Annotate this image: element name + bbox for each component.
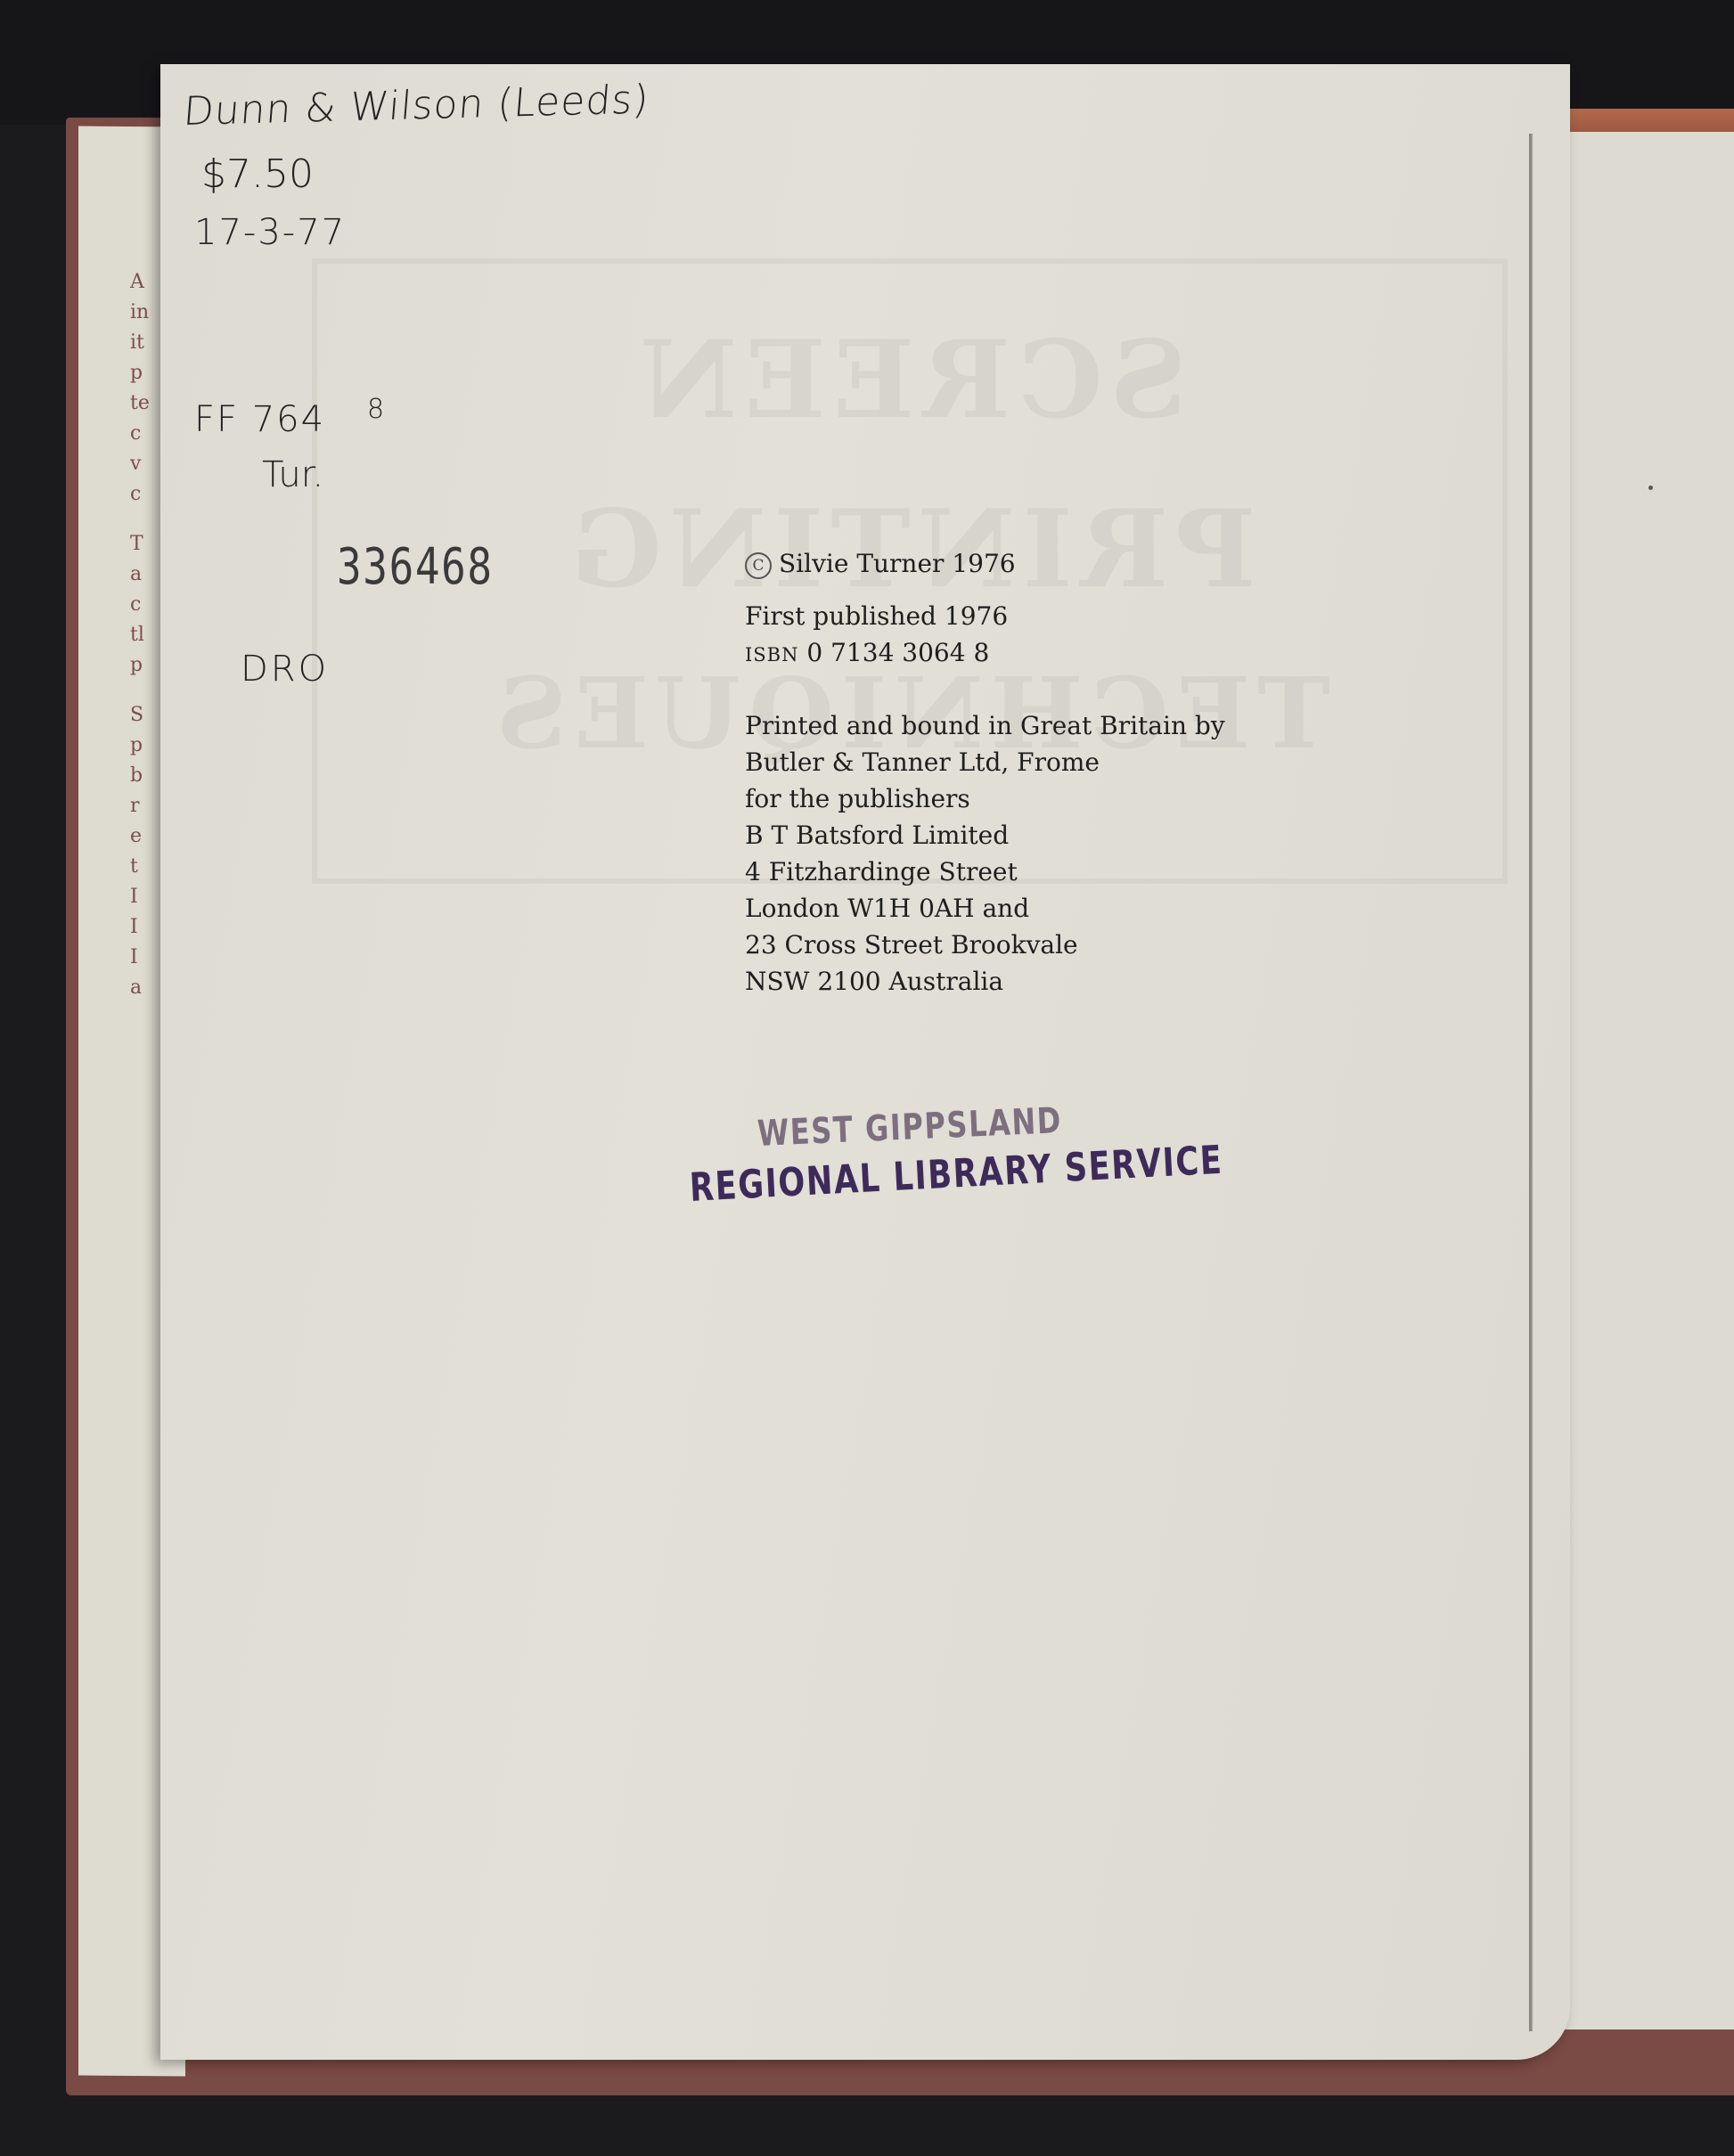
handwritten-classification-suffix: 8 xyxy=(367,394,384,425)
printer-line: 23 Cross Street Brookvale xyxy=(745,927,1225,963)
flap-fragment: it xyxy=(130,328,157,358)
flap-fragment: tl xyxy=(130,620,157,650)
printer-publisher-lines: Printed and bound in Great Britain byBut… xyxy=(745,707,1225,1000)
isbn-line: ISBN 0 7134 3064 8 xyxy=(745,634,1225,674)
flap-fragment: c xyxy=(130,590,157,620)
isbn-label: ISBN xyxy=(745,644,799,666)
flap-fragment: e xyxy=(130,821,157,852)
flap-fragment: T xyxy=(130,529,157,559)
printer-line: Butler & Tanner Ltd, Frome xyxy=(745,744,1225,780)
flap-fragment: I xyxy=(130,882,157,912)
flap-fragment: a xyxy=(130,559,157,590)
printer-line: 4 Fitzhardinge Street xyxy=(745,853,1225,890)
isbn-number: 0 7134 3064 8 xyxy=(806,638,989,667)
flap-fragment: b xyxy=(130,761,157,791)
printer-line: B T Batsford Limited xyxy=(745,817,1225,853)
flap-blurb-fragments: AinitptecvcTactlpSpbretIIIa xyxy=(130,267,157,1003)
flap-fragment: r xyxy=(130,791,157,821)
spacer xyxy=(745,674,1225,707)
imprint-block: CSilvie Turner 1976 First published 1976… xyxy=(745,545,1225,1000)
handwritten-author-code: Tur. xyxy=(262,454,323,495)
flap-fragment: t xyxy=(130,852,157,882)
copyright-text: Silvie Turner 1976 xyxy=(779,549,1016,578)
printer-line: NSW 2100 Australia xyxy=(745,963,1225,1000)
printer-line: for the publishers xyxy=(745,780,1225,817)
handwritten-price: $7.50 xyxy=(201,151,314,197)
handwritten-location-code: DRO xyxy=(241,649,329,690)
printer-line: London W1H 0AH and xyxy=(745,890,1225,927)
copyright-icon: C xyxy=(745,552,772,579)
spacer xyxy=(745,582,1225,598)
flap-fragment: in xyxy=(130,298,157,328)
flap-fragment: a xyxy=(130,973,157,1003)
flap-fragment: S xyxy=(130,700,157,731)
flap-fragment: p xyxy=(130,731,157,761)
handwritten-classification: FF 764 xyxy=(194,399,325,440)
accession-number-stamp: 336468 xyxy=(337,538,494,596)
page-gutter xyxy=(1529,134,1533,2031)
flap-fragment: v xyxy=(130,449,157,479)
flap-fragment: p xyxy=(130,650,157,681)
printer-line: Printed and bound in Great Britain by xyxy=(745,707,1225,744)
page-speck xyxy=(1648,486,1653,490)
first-published: First published 1976 xyxy=(745,598,1225,634)
flap-fragment: I xyxy=(130,943,157,973)
flap-fragment: A xyxy=(130,267,157,298)
flap-fragment: c xyxy=(130,479,157,510)
flap-fragment: I xyxy=(130,912,157,943)
handwritten-date: 17-3-77 xyxy=(194,212,346,253)
flap-fragment: p xyxy=(130,358,157,388)
copyright-line: CSilvie Turner 1976 xyxy=(745,545,1225,582)
flap-fragment: te xyxy=(130,388,157,419)
flap-fragment: c xyxy=(130,419,157,449)
ghost-title-line: SCREEN xyxy=(317,317,1502,443)
